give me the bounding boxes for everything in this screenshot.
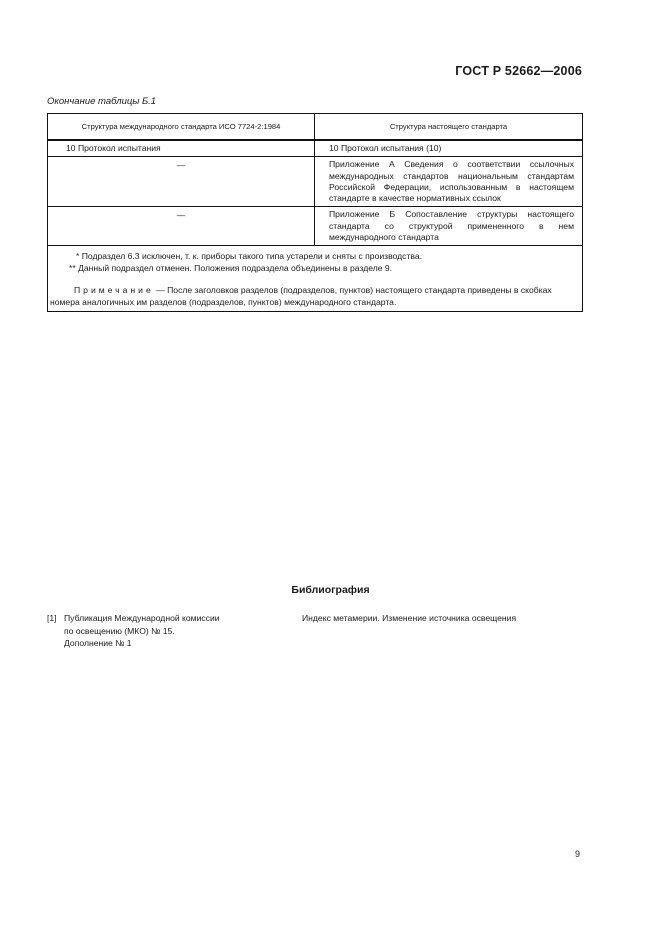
page-number: 9 (575, 849, 580, 859)
table-notes: * Подраздел 6.3 исключен, т. к. приборы … (48, 246, 582, 311)
footnote: * Подраздел 6.3 исключен, т. к. приборы … (50, 251, 580, 262)
bib-source-line: по освещению (МКО) № 15. (64, 625, 279, 638)
table-row: — Приложение А Сведения о соответствии с… (48, 157, 583, 207)
note-label: Примечание (74, 285, 154, 295)
column-header-national: Структура настоящего стандарта (315, 114, 583, 141)
bib-source-line: Дополнение № 1 (64, 637, 279, 650)
table-row: — Приложение Б Сопоставление структуры н… (48, 207, 583, 246)
row-right-cell: Приложение Б Сопоставление структуры нас… (315, 207, 582, 245)
table-note: Примечание — После заголовков разделов (… (50, 285, 580, 308)
row-left-cell: — (48, 207, 314, 220)
row-left-cell: — (48, 157, 314, 170)
comparison-table: Структура международного стандарта ИСО 7… (47, 113, 583, 312)
table-header-row: Структура международного стандарта ИСО 7… (48, 114, 583, 141)
bib-entry-source: Публикация Международной комиссии по осв… (64, 612, 279, 650)
row-left-cell: 10 Протокол испытания (48, 141, 314, 156)
footnote: ** Данный подраздел отменен. Положения п… (50, 263, 580, 274)
document-code: ГОСТ Р 52662—2006 (455, 64, 582, 78)
row-right-cell: 10 Протокол испытания (10) (315, 141, 582, 156)
table-row: 10 Протокол испытания 10 Протокол испыта… (48, 140, 583, 157)
bibliography-title: Библиография (0, 584, 661, 596)
bib-entry-number: [1] (47, 612, 57, 625)
table-notes-row: * Подраздел 6.3 исключен, т. к. приборы … (48, 246, 583, 312)
column-header-international: Структура международного стандарта ИСО 7… (48, 114, 315, 141)
row-right-cell: Приложение А Сведения о соответствии ссы… (315, 157, 582, 206)
table-caption: Окончание таблицы Б.1 (47, 96, 156, 107)
bib-source-line: Публикация Международной комиссии (64, 612, 279, 625)
bib-entry-title: Индекс метамерии. Изменение источника ос… (302, 612, 622, 625)
